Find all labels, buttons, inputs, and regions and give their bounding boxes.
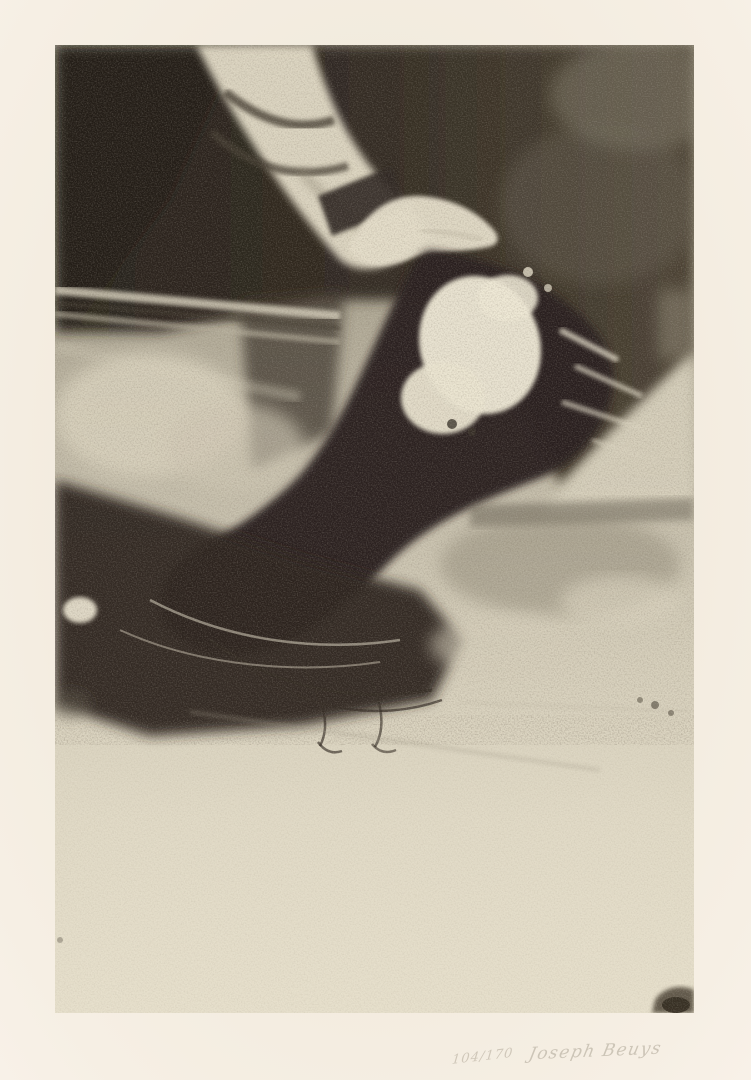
print-image [55, 45, 694, 1013]
grain-overlay [55, 45, 694, 1013]
artwork-print [55, 45, 694, 1013]
